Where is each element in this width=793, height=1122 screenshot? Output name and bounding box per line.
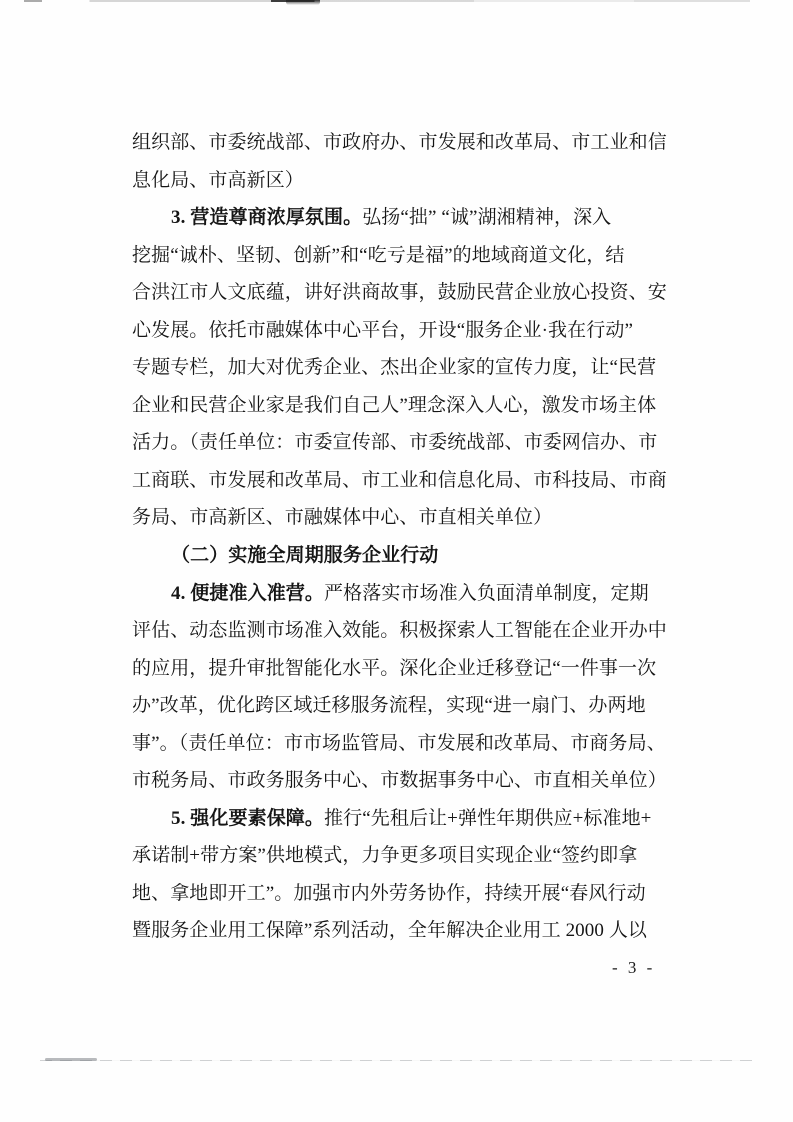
- text-line: 的应用，提升审批智能化水平。深化企业迁移登记“一件事一次: [132, 650, 666, 688]
- paragraph-lead: 4. 便捷准入准营。: [171, 583, 324, 604]
- text-line: 专题专栏，加大对优秀企业、杰出企业家的宣传力度，让“民营: [132, 349, 666, 387]
- section-heading: （二）实施全周期服务企业行动: [132, 537, 666, 575]
- text-line: 办”改革，优化跨区域迁移服务流程，实现“进一扇门、办两地: [132, 687, 666, 725]
- text-line: 心发展。依托市融媒体中心平台，开设“服务企业·我在行动”: [132, 312, 666, 350]
- line-text: 工商联、市发展和改革局、市工业和信息化局、市科技局、市商: [132, 470, 667, 491]
- text-line: 组织部、市委统战部、市政府办、市发展和改革局、市工业和信: [132, 124, 666, 162]
- text-line: 地、拿地即开工”。加强市内外劳务协作，持续开展“春风行动: [132, 875, 666, 913]
- text-line: 工商联、市发展和改革局、市工业和信息化局、市科技局、市商: [132, 462, 666, 500]
- text-line: 息化局、市高新区）: [132, 162, 666, 200]
- line-text: 挖掘“诚朴、坚韧、创新”和“吃亏是福”的地域商道文化，结: [132, 245, 625, 266]
- text-line: 市税务局、市政务服务中心、市数据事务中心、市直相关单位）: [132, 762, 666, 800]
- scan-artifact-top-line: [24, 0, 750, 2]
- line-text: 组织部、市委统战部、市政府办、市发展和改革局、市工业和信: [132, 132, 667, 153]
- line-text: 市税务局、市政务服务中心、市数据事务中心、市直相关单位）: [132, 770, 667, 791]
- line-text: 专题专栏，加大对优秀企业、杰出企业家的宣传力度，让“民营: [132, 357, 656, 378]
- line-text: 息化局、市高新区）: [132, 170, 304, 191]
- line-text: 事”。（责任单位：市市场监管局、市发展和改革局、市商务局、: [132, 733, 666, 754]
- text-line: 承诺制+带方案”供地模式，力争更多项目实现企业“签约即拿: [132, 837, 666, 875]
- text-line: 挖掘“诚朴、坚韧、创新”和“吃亏是福”的地域商道文化，结: [132, 237, 666, 275]
- scan-artifact-bottom-line: [40, 1060, 752, 1061]
- page-number: - 3 -: [612, 958, 655, 978]
- line-text: 心发展。依托市融媒体中心平台，开设“服务企业·我在行动”: [132, 320, 633, 341]
- line-text: 弘扬“拙” “诚”湖湘精神，深入: [362, 207, 611, 228]
- text-line: 评估、动态监测市场准入效能。积极探索人工智能在企业开办中: [132, 612, 666, 650]
- text-line: 暨服务企业用工保障”系列活动，全年解决企业用工 2000 人以: [132, 912, 666, 950]
- line-text: 活力。（责任单位：市委宣传部、市委统战部、市委网信办、市: [132, 432, 657, 453]
- text-line: 事”。（责任单位：市市场监管局、市发展和改革局、市商务局、: [132, 725, 666, 763]
- text-line: 活力。（责任单位：市委宣传部、市委统战部、市委网信办、市: [132, 424, 666, 462]
- line-text: 暨服务企业用工保障”系列活动，全年解决企业用工 2000 人以: [132, 920, 647, 941]
- line-text: 合洪江市人文底蕴，讲好洪商故事，鼓励民营企业放心投资、安: [132, 282, 667, 303]
- text-line: 3. 营造尊商浓厚氛围。弘扬“拙” “诚”湖湘精神，深入: [132, 199, 666, 237]
- text-line: 4. 便捷准入准营。严格落实市场准入负面清单制度，定期: [132, 575, 666, 613]
- line-text: 承诺制+带方案”供地模式，力争更多项目实现企业“签约即拿: [132, 845, 637, 866]
- text-line: 企业和民营企业家是我们自己人”理念深入人心，激发市场主体: [132, 387, 666, 425]
- section-heading-text: （二）实施全周期服务企业行动: [171, 545, 438, 566]
- scan-artifact-top-smudge: [286, 0, 320, 5]
- line-text: 严格落实市场准入负面清单制度，定期: [324, 583, 649, 604]
- line-text: 办”改革，优化跨区域迁移服务流程，实现“进一扇门、办两地: [132, 695, 646, 716]
- paragraph-lead: 3. 营造尊商浓厚氛围。: [171, 207, 362, 228]
- document-page: 组织部、市委统战部、市政府办、市发展和改革局、市工业和信 息化局、市高新区） 3…: [0, 0, 793, 1122]
- scan-artifact-bottom-mark: [45, 1058, 97, 1061]
- line-text: 的应用，提升审批智能化水平。深化企业迁移登记“一件事一次: [132, 658, 656, 679]
- line-text: 地、拿地即开工”。加强市内外劳务协作，持续开展“春风行动: [132, 883, 646, 904]
- paragraph-lead: 5. 强化要素保障。: [171, 808, 324, 829]
- text-line: 合洪江市人文底蕴，讲好洪商故事，鼓励民营企业放心投资、安: [132, 274, 666, 312]
- line-text: 评估、动态监测市场准入效能。积极探索人工智能在企业开办中: [132, 620, 667, 641]
- text-line: 务局、市高新区、市融媒体中心、市直相关单位）: [132, 499, 666, 537]
- document-body: 组织部、市委统战部、市政府办、市发展和改革局、市工业和信 息化局、市高新区） 3…: [132, 124, 666, 950]
- line-text: 务局、市高新区、市融媒体中心、市直相关单位）: [132, 507, 552, 528]
- text-line: 5. 强化要素保障。推行“先租后让+弹性年期供应+标准地+: [132, 800, 666, 838]
- line-text: 企业和民营企业家是我们自己人”理念深入人心，激发市场主体: [132, 395, 656, 416]
- line-text: 推行“先租后让+弹性年期供应+标准地+: [324, 808, 651, 829]
